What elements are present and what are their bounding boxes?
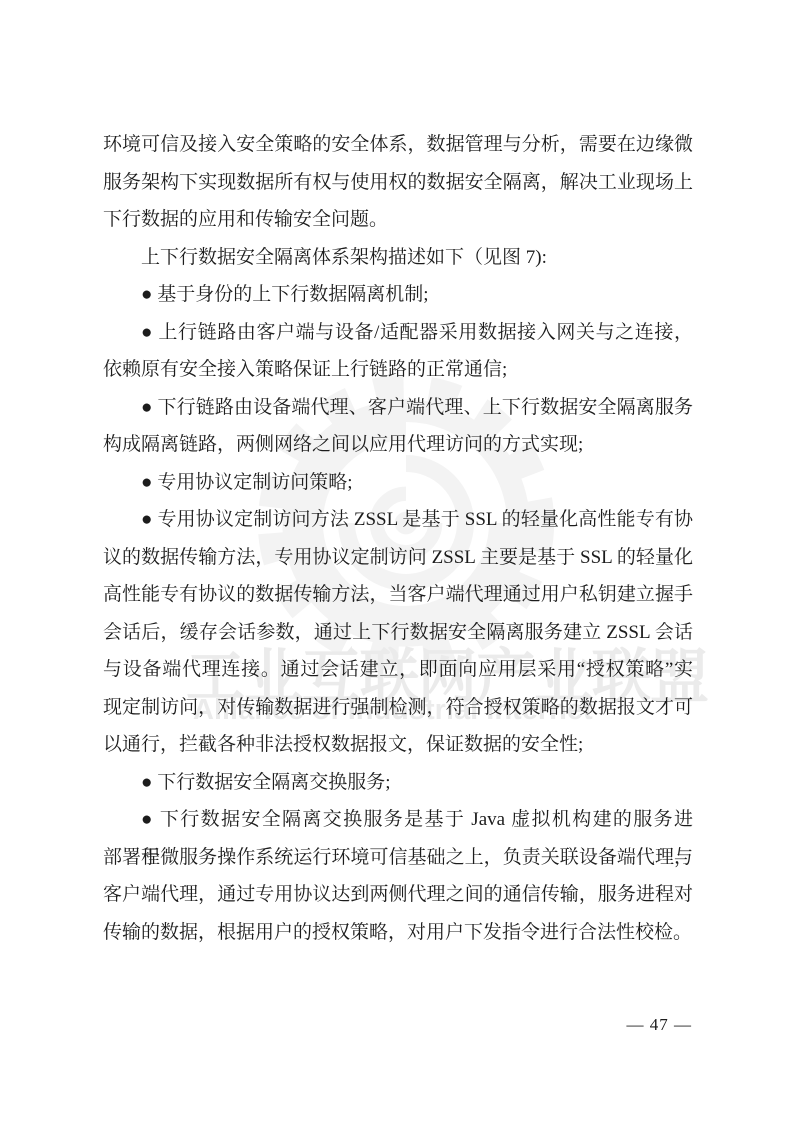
document-page: 工业互联网产业联盟 Alliance of Industrial Interne… bbox=[0, 0, 793, 1122]
text-line: 以通行，拦截各种非法授权数据报文，保证数据的安全性; bbox=[103, 726, 693, 764]
bullet-line: ● 基于身份的上下行数据隔离机制; bbox=[103, 276, 693, 314]
text-line: 服务架构下实现数据所有权与使用权的数据安全隔离，解决工业现场上 bbox=[103, 164, 693, 202]
page-number: — 47 — bbox=[627, 1014, 693, 1036]
text-line: 议的数据传输方法，专用协议定制访问 ZSSL 主要是基于 SSL 的轻量化 bbox=[103, 539, 693, 577]
text-line: 下行数据的应用和传输安全问题。 bbox=[103, 201, 693, 239]
bullet-line: ● 上行链路由客户端与设备/适配器采用数据接入网关与之连接， bbox=[103, 314, 693, 352]
bullet-line: ● 专用协议定制访问策略; bbox=[103, 464, 693, 502]
text-line: 与设备端代理连接。通过会话建立，即面向应用层采用“授权策略”实 bbox=[103, 651, 693, 689]
text-line: 环境可信及接入安全策略的安全体系，数据管理与分析，需要在边缘微 bbox=[103, 126, 693, 164]
text-line: 构成隔离链路，两侧网络之间以应用代理访问的方式实现; bbox=[103, 426, 693, 464]
text-line: 现定制访问，对传输数据进行强制检测，符合授权策略的数据报文才可 bbox=[103, 689, 693, 727]
text-line: 部署于微服务操作系统运行环境可信基础之上，负责关联设备端代理与 bbox=[103, 839, 693, 877]
bullet-line: ● 下行数据安全隔离交换服务是基于 Java 虚拟机构建的服务进程， bbox=[103, 801, 693, 839]
bullet-line: ● 专用协议定制访问方法 ZSSL 是基于 SSL 的轻量化高性能专有协 bbox=[103, 501, 693, 539]
text-line: 上下行数据安全隔离体系架构描述如下（见图 7): bbox=[103, 239, 693, 277]
bullet-line: ● 下行数据安全隔离交换服务; bbox=[103, 764, 693, 802]
text-line: 客户端代理，通过专用协议达到两侧代理之间的通信传输，服务进程对 bbox=[103, 876, 693, 914]
body-text: 环境可信及接入安全策略的安全体系，数据管理与分析，需要在边缘微 服务架构下实现数… bbox=[103, 126, 693, 951]
text-line: 传输的数据，根据用户的授权策略，对用户下发指令进行合法性校检。 bbox=[103, 914, 693, 952]
bullet-line: ● 下行链路由设备端代理、客户端代理、上下行数据安全隔离服务 bbox=[103, 389, 693, 427]
text-line: 会话后，缓存会话参数，通过上下行数据安全隔离服务建立 ZSSL 会话 bbox=[103, 614, 693, 652]
text-line: 依赖原有安全接入策略保证上行链路的正常通信; bbox=[103, 351, 693, 389]
text-line: 高性能专有协议的数据传输方法，当客户端代理通过用户私钥建立握手 bbox=[103, 576, 693, 614]
